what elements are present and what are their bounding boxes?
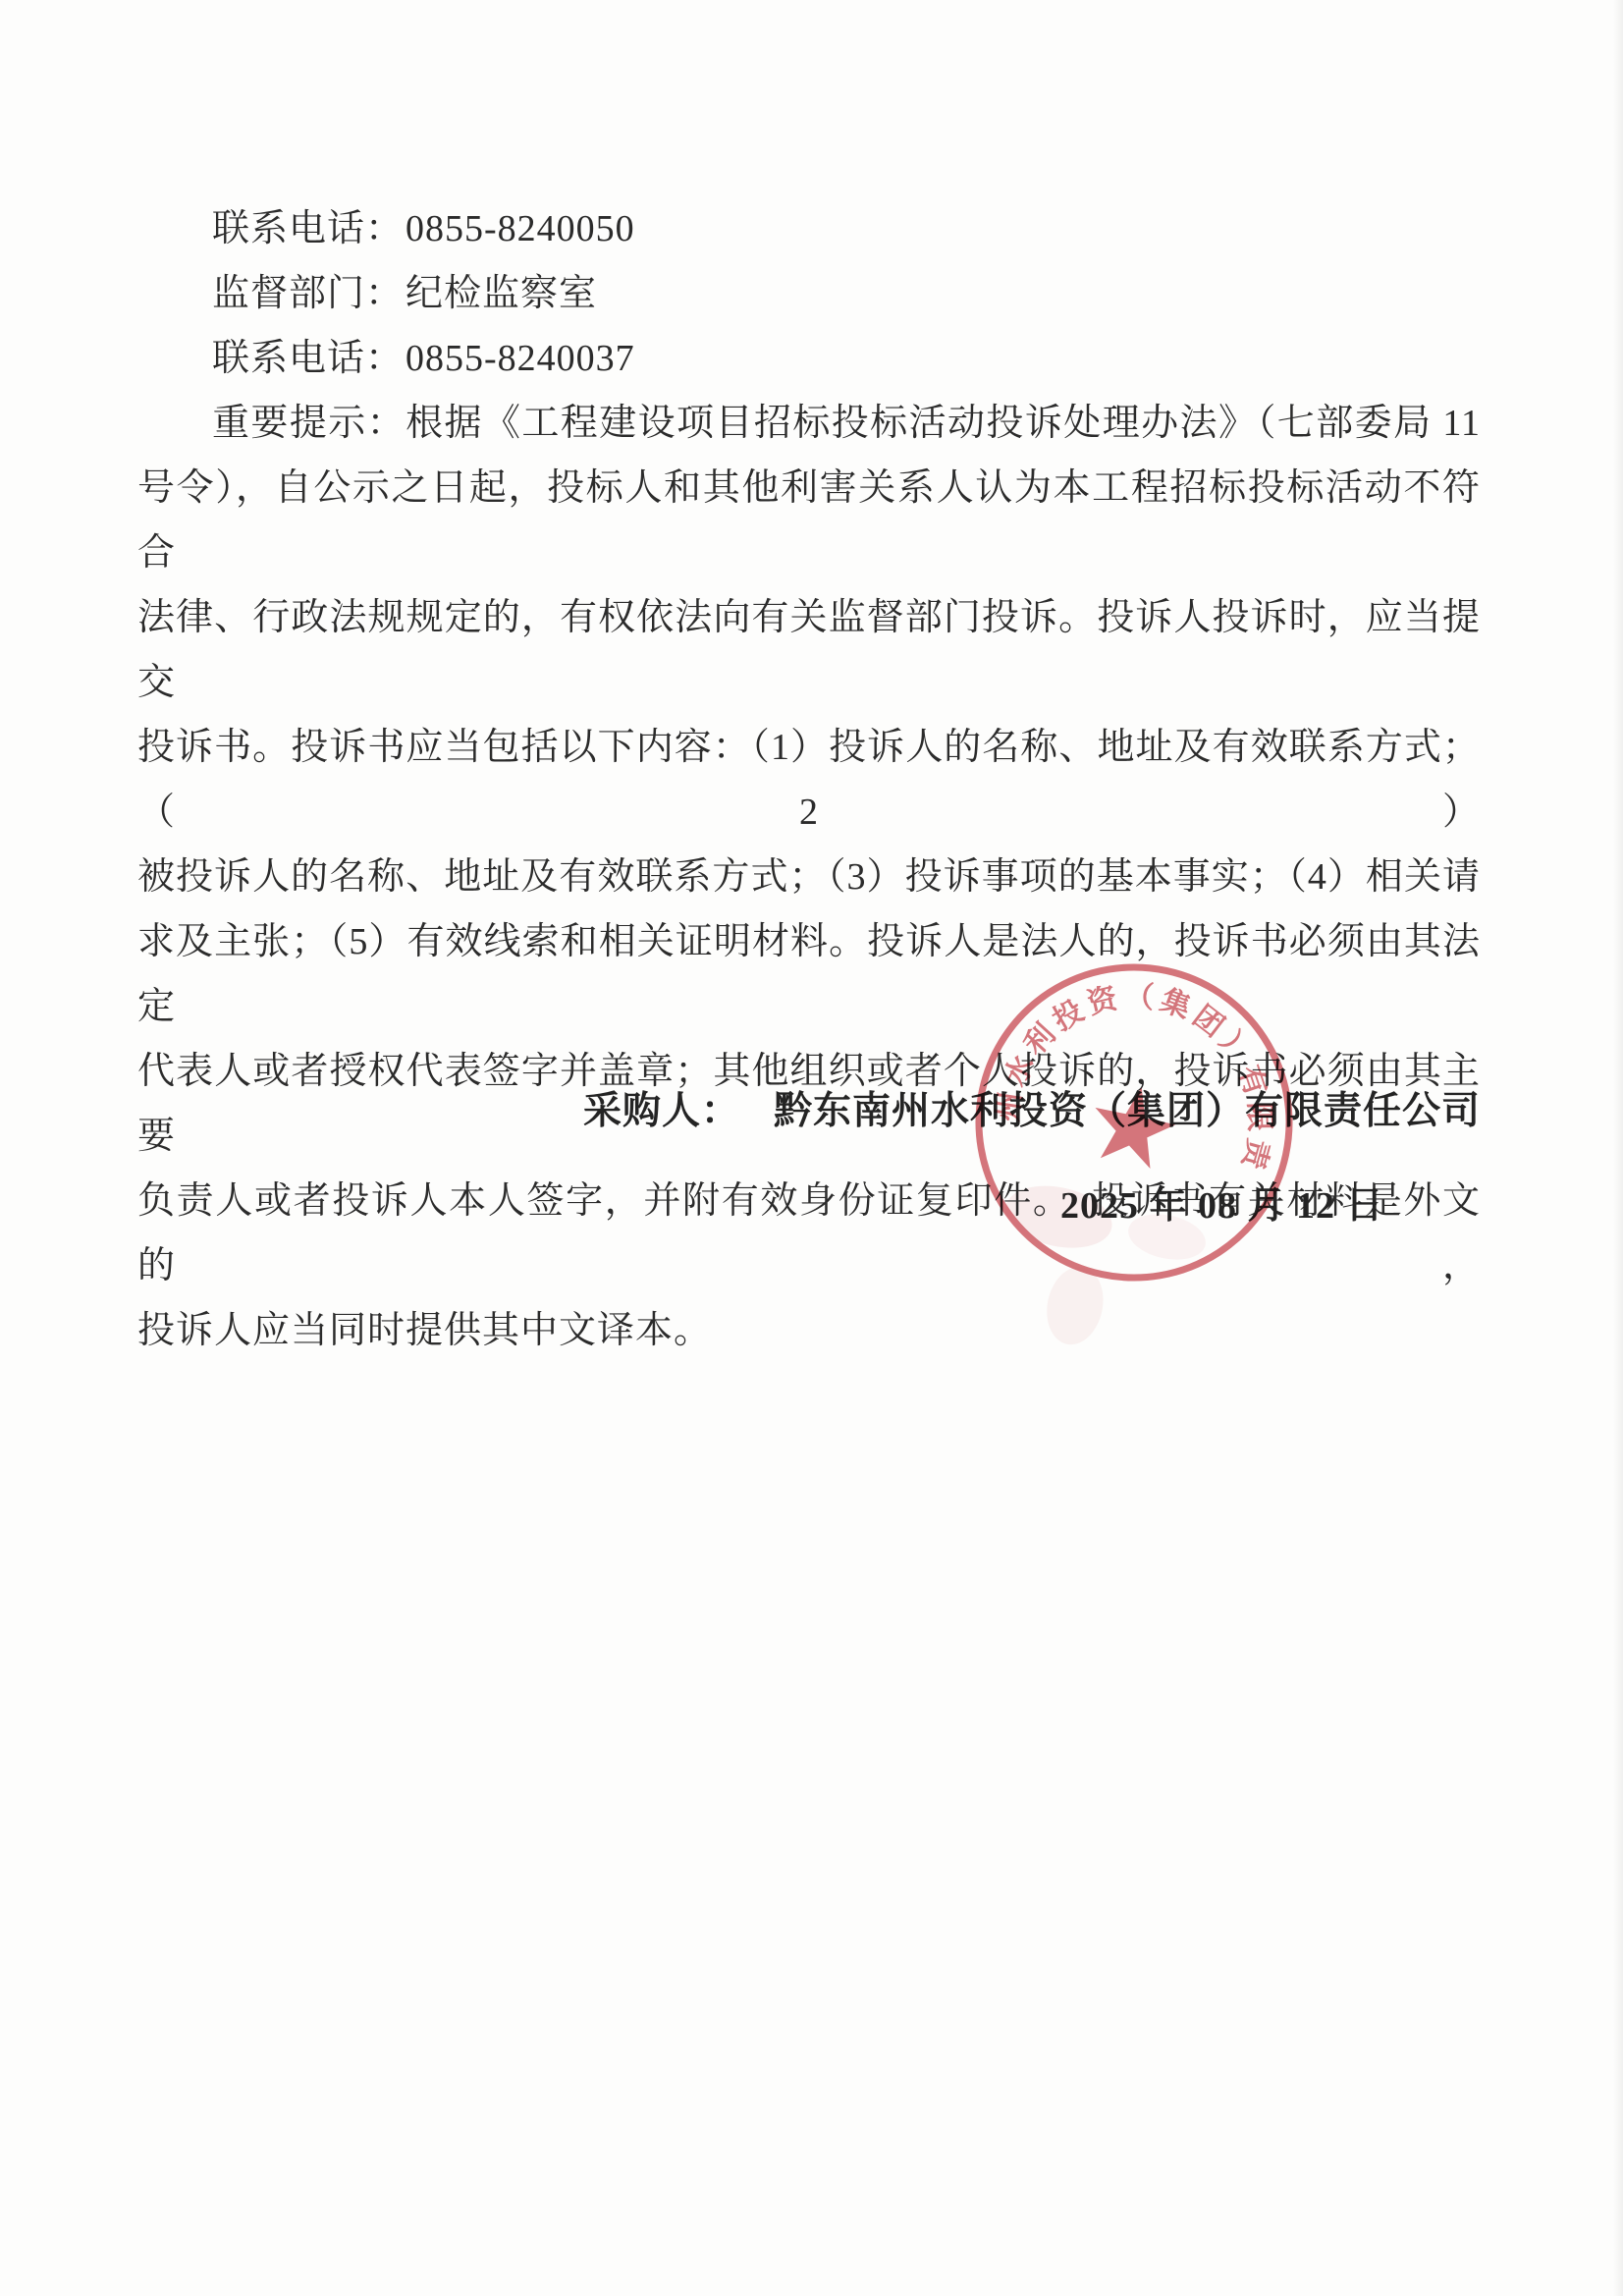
contact-line: 监督部门：纪检监察室: [137, 261, 1481, 326]
notice-paragraph-line: 重要提示：根据《工程建设项目招标投标活动投诉处理办法》（七部委局 11: [137, 391, 1481, 456]
notice-paragraph-line: 号令），自公示之日起，投标人和其他利害关系人认为本工程招标投标活动不符合: [137, 456, 1481, 585]
purchaser-name: 黔东南州水利投资（集团）有限责任公司: [774, 1090, 1481, 1132]
notice-paragraph-line: 投诉书。投诉书应当包括以下内容：（1）投诉人的名称、地址及有效联系方式；（2）: [137, 715, 1481, 845]
scan-edge-shadow: [1613, 0, 1623, 2296]
notice-paragraph-line: 被投诉人的名称、地址及有效联系方式；（3）投诉事项的基本事实；（4）相关请: [137, 845, 1481, 909]
contact-label: 联系电话：: [212, 208, 404, 249]
notice-paragraph-line: 投诉人应当同时提供其中文译本。: [137, 1298, 1481, 1363]
notice-paragraph-line: 求及主张；（5）有效线索和相关证明材料。投诉人是法人的，投诉书必须由其法定: [137, 909, 1481, 1039]
contact-label: 联系电话：: [212, 338, 404, 379]
date-line: 2025 年 08 月 12 日: [1060, 1175, 1384, 1229]
document-page: 联系电话：0855-8240050 监督部门：纪检监察室 联系电话：0855-8…: [0, 0, 1623, 2296]
contact-label: 监督部门：: [212, 273, 404, 314]
notice-paragraph-line: 法律、行政法规规定的，有权依法向有关监督部门投诉。投诉人投诉时，应当提交: [137, 585, 1481, 715]
contact-value: 0855-8240037: [406, 338, 635, 379]
contact-value: 0855-8240050: [406, 208, 635, 249]
contact-value: 纪检监察室: [406, 273, 597, 314]
contact-line: 联系电话：0855-8240037: [137, 326, 1481, 391]
purchaser-line: 采购人：黔东南州水利投资（集团）有限责任公司: [583, 1080, 1481, 1135]
purchaser-label: 采购人：: [583, 1090, 740, 1132]
contact-line: 联系电话：0855-8240050: [137, 196, 1481, 261]
